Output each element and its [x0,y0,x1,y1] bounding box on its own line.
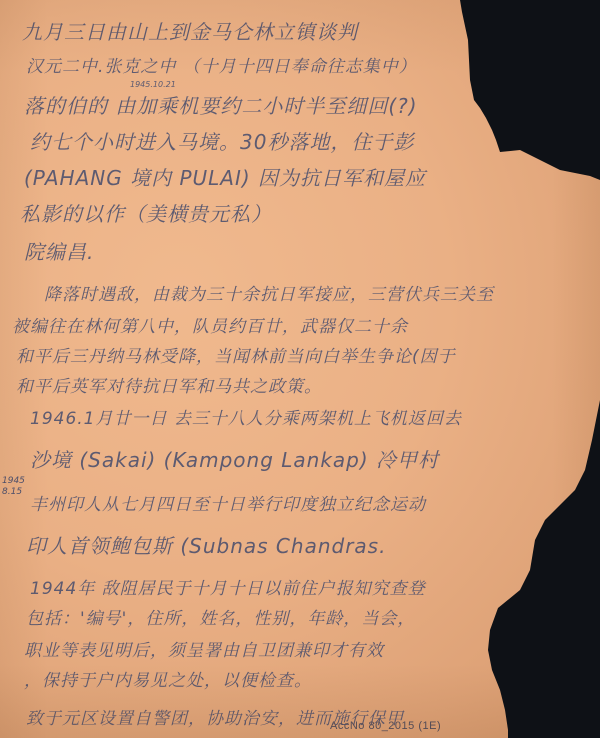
text-line: 1946.1月廿一日 去三十八人分乘两架机上飞机返回去 [30,404,462,429]
text-line: 致于元区设置自警团，协助治安，进而施行保甲 [26,704,404,729]
interlinear-date-note: 1945.10.21 [130,80,176,89]
margin-day: 8.15 [2,487,25,498]
text-line: 丰州印人从七月四日至十日举行印度独立纪念运动 [30,490,426,515]
text-line: 九月三日由山上到金马仑林立镇谈判 [22,16,358,45]
text-line: 约七个小时进入马境。30秒落地，住于彭 [30,126,414,155]
margin-date-note: 1945 8.15 [2,476,25,498]
text-line: 汉元二中.张克之中 （十月十四日奉命往志集中） [26,52,417,77]
accession-number-label: AccNo 80_2015 (1E) [330,720,441,732]
text-line: ，保持于户内易见之处，以便检查。 [24,666,312,691]
text-line: 私影的以作（美横贵元私） [20,198,272,227]
text-line: 和平后英军对待抗日军和马共之政策。 [16,372,322,397]
text-line: 1944年 敌阻居民于十月十日以前住户报知究查登 [30,574,426,599]
text-line: 降落时遇敌，由裁为三十余抗日军接应，三营伏兵三关至 [44,280,494,305]
text-line: 职业等表见明后，须呈署由自卫团兼印才有效 [24,636,384,661]
text-line: (PAHANG 境内 PULAI) 因为抗日军和屋应 [24,162,426,191]
text-line: 和平后三丹纳马林受降，当闻林前当向白举生争论(因于 [16,342,456,367]
scanned-document: 九月三日由山上到金马仑林立镇谈判 汉元二中.张克之中 （十月十四日奉命往志集中）… [0,0,600,738]
aged-paper-sheet: 九月三日由山上到金马仑林立镇谈判 汉元二中.张克之中 （十月十四日奉命往志集中）… [0,0,600,738]
text-line: 沙境 (Sakai) (Kampong Lankap) 冷甲村 [30,444,439,473]
text-line: 落的伯的 由加乘机要约二小时半至细回(?) [24,90,418,119]
margin-year: 1945 [2,476,25,487]
text-line: 包括：'编号'，住所，姓名，性别，年龄，当会， [26,604,415,629]
text-line: 印人首领鲍包斯 (Subnas Chandras. [26,530,386,559]
text-line: 院编昌. [24,236,94,265]
text-line: 被编往在林何第八中，队员约百廿，武器仅二十余 [12,312,408,337]
